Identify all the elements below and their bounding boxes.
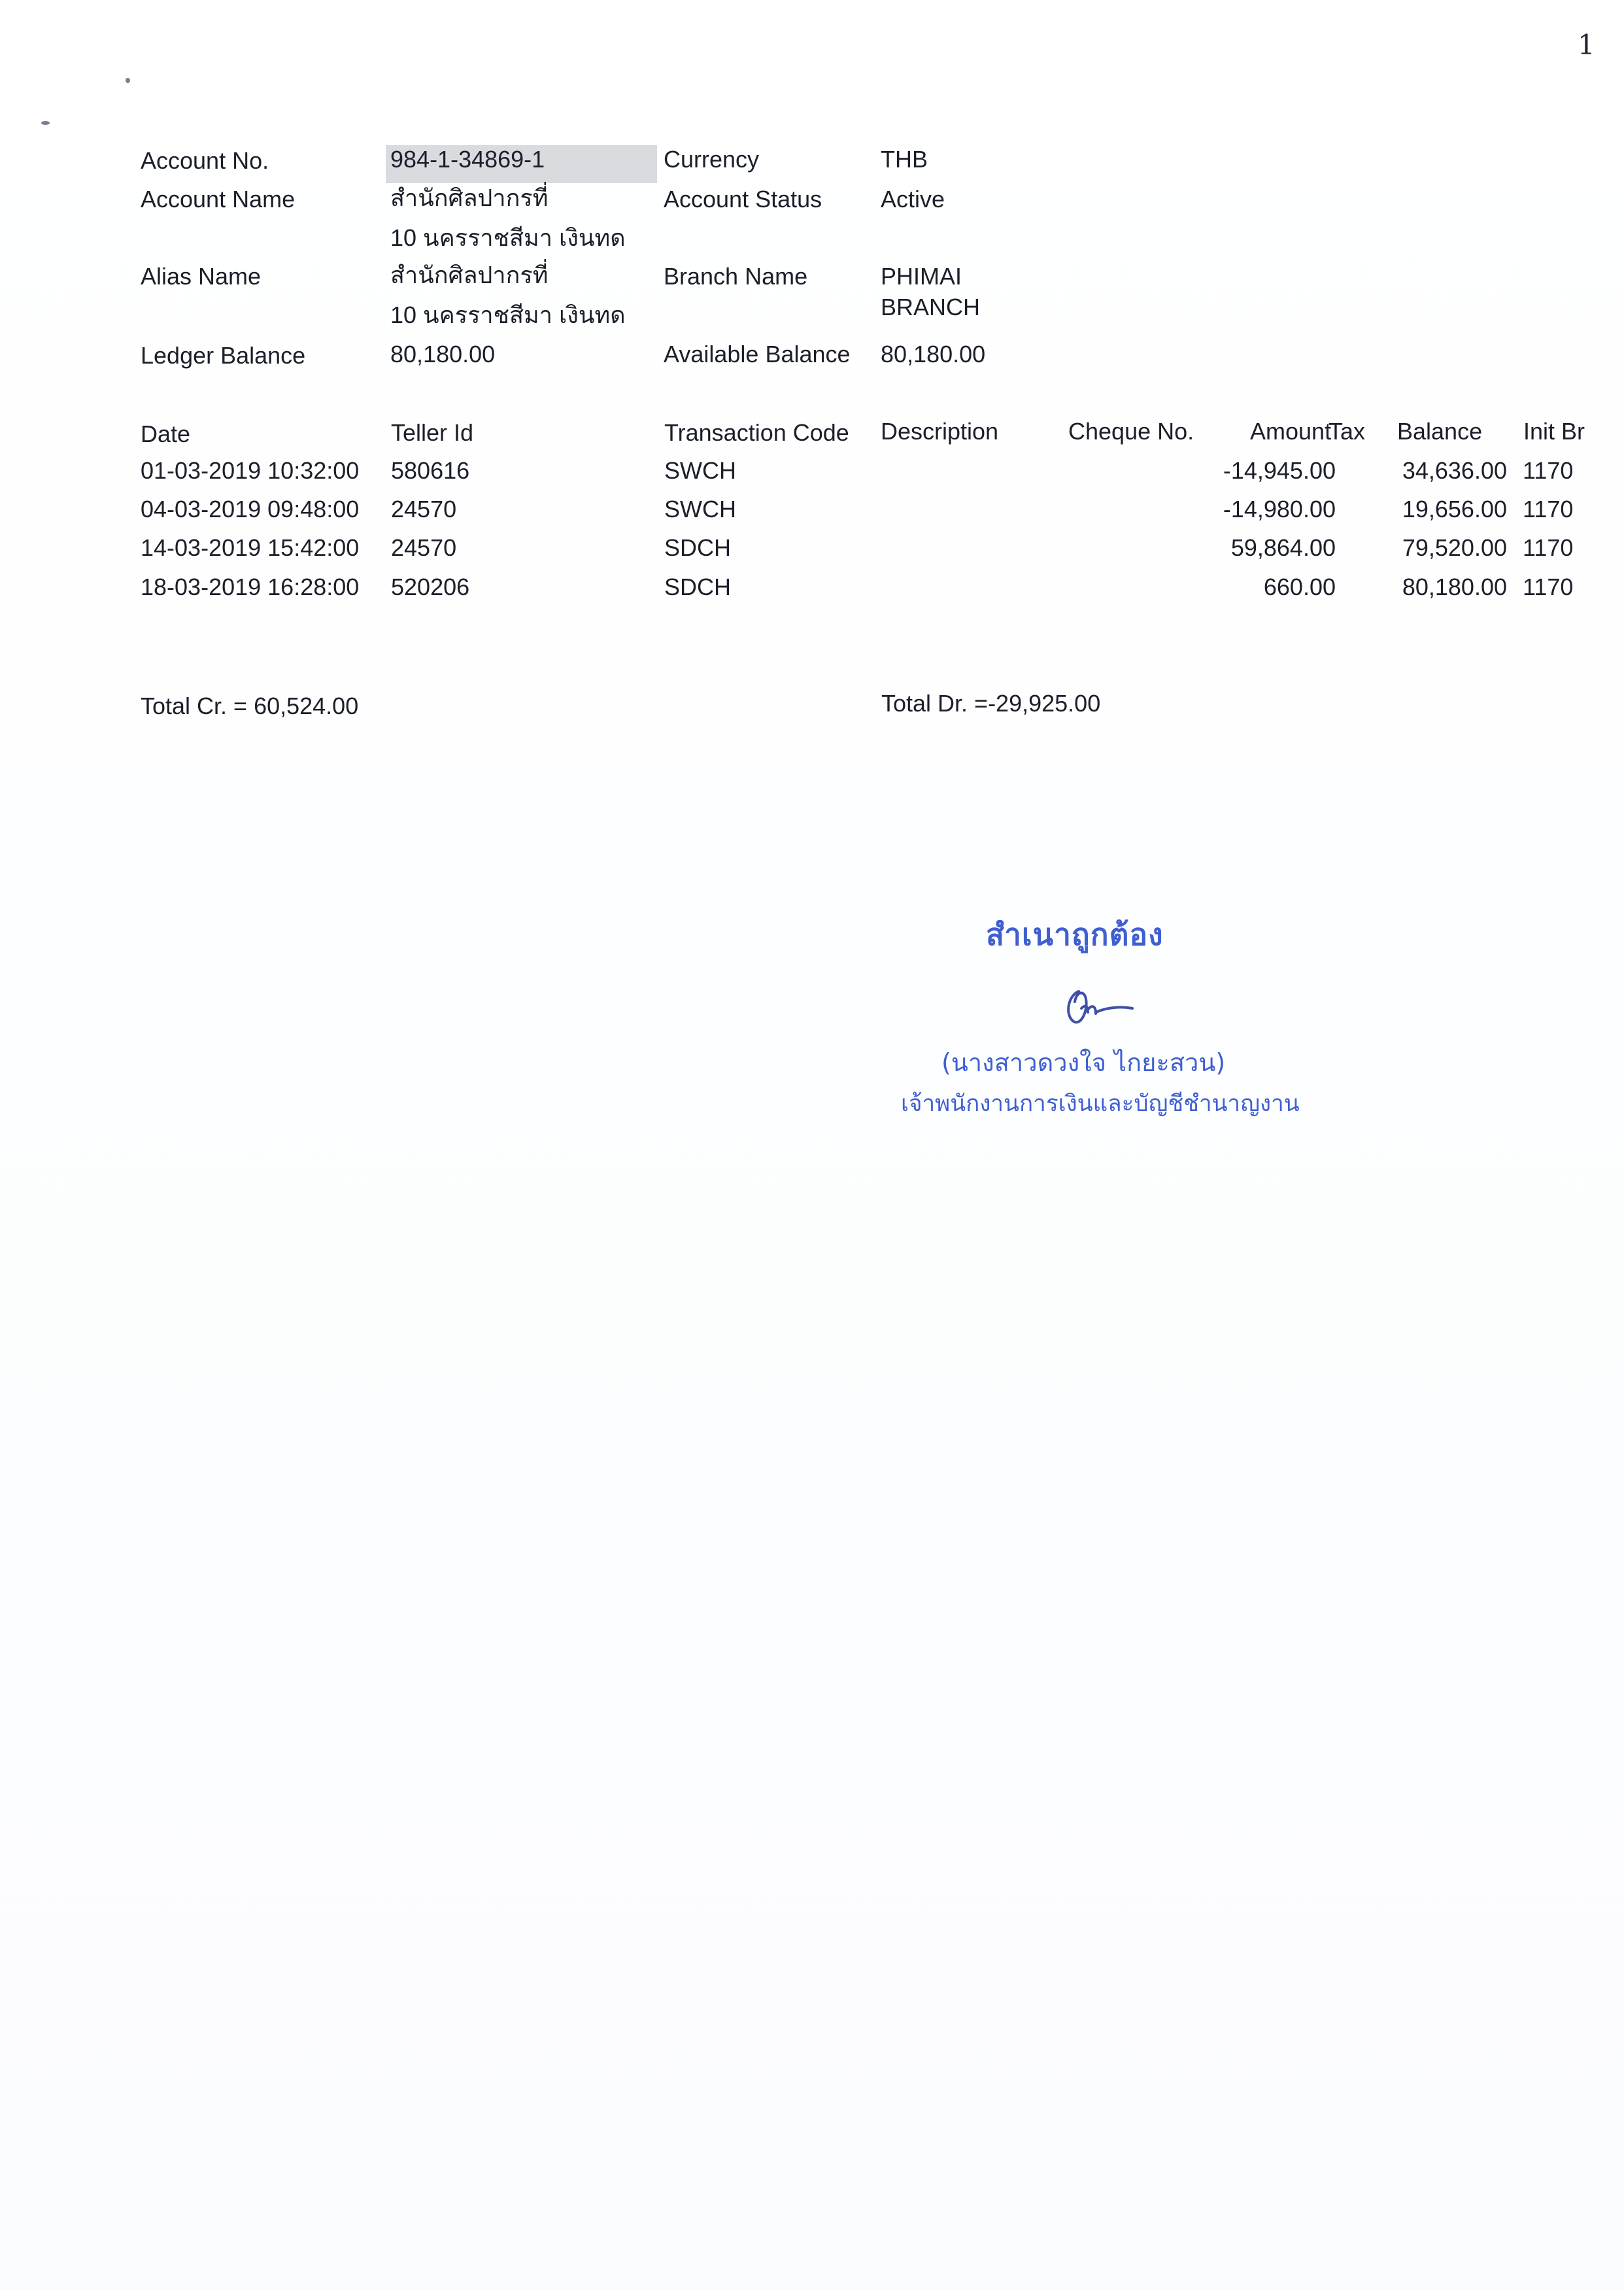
cell-date: 18-03-2019 16:28:00 — [141, 573, 359, 601]
account-name-label: Account Name — [141, 185, 295, 213]
header-transaction-code: Transaction Code — [664, 419, 849, 447]
cell-teller-id: 520206 — [391, 573, 469, 601]
cell-teller-id: 24570 — [391, 495, 456, 523]
scan-speck — [41, 121, 50, 125]
account-status-value: Active — [881, 185, 945, 213]
branch-name-line1: PHIMAI — [881, 262, 962, 290]
cell-balance: 19,656.00 — [1402, 495, 1507, 523]
total-credit: Total Cr. = 60,524.00 — [141, 692, 358, 720]
alias-name-line1: สำนักศิลปากรที่ — [390, 261, 548, 289]
cell-date: 01-03-2019 10:32:00 — [141, 456, 359, 485]
header-balance: Balance — [1397, 417, 1482, 445]
cell-date: 04-03-2019 09:48:00 — [141, 495, 359, 523]
ledger-balance-label: Ledger Balance — [141, 341, 305, 369]
branch-name-line2: BRANCH — [881, 293, 980, 321]
account-status-label: Account Status — [664, 185, 822, 213]
available-balance-label: Available Balance — [664, 340, 851, 368]
cell-balance: 34,636.00 — [1402, 456, 1507, 485]
cell-init-br: 1170 — [1523, 573, 1573, 601]
cell-init-br: 1170 — [1523, 456, 1573, 485]
header-teller-id: Teller Id — [391, 419, 473, 447]
cell-amount: -14,945.00 — [1223, 456, 1336, 485]
total-debit: Total Dr. =-29,925.00 — [881, 689, 1100, 717]
account-no-value: 984-1-34869-1 — [390, 145, 545, 173]
cell-teller-id: 580616 — [391, 456, 469, 485]
cell-amount: -14,980.00 — [1223, 495, 1336, 523]
cell-balance: 79,520.00 — [1402, 534, 1507, 562]
cell-amount: 660.00 — [1264, 573, 1336, 601]
branch-name-label: Branch Name — [664, 262, 807, 290]
header-description: Description — [881, 417, 998, 445]
header-tax: Tax — [1328, 417, 1365, 445]
currency-label: Currency — [664, 145, 759, 173]
header-date: Date — [141, 420, 190, 448]
cell-transaction-code: SWCH — [664, 456, 736, 485]
header-amount: Amount — [1250, 417, 1331, 445]
cell-transaction-code: SDCH — [664, 573, 731, 601]
alias-name-label: Alias Name — [141, 262, 261, 290]
ledger-balance-value: 80,180.00 — [390, 340, 495, 368]
stamp-signer-position: เจ้าพนักงานการเงินและบัญชีชำนาญงาน — [901, 1085, 1300, 1121]
available-balance-value: 80,180.00 — [881, 340, 985, 368]
account-name-line2: 10 นครราชสีมา เงินทด — [390, 224, 626, 252]
alias-name-line2: 10 นครราชสีมา เงินทด — [390, 301, 626, 329]
cell-transaction-code: SDCH — [664, 534, 731, 562]
header-cheque-no: Cheque No. — [1068, 417, 1194, 445]
cell-amount: 59,864.00 — [1231, 534, 1336, 562]
signature-icon — [1059, 986, 1138, 1032]
account-no-label: Account No. — [141, 146, 269, 175]
stamp-title: สำเนาถูกต้อง — [986, 911, 1164, 959]
header-init-br: Init Br — [1523, 417, 1585, 445]
cell-teller-id: 24570 — [391, 534, 456, 562]
cell-init-br: 1170 — [1523, 495, 1573, 523]
cell-date: 14-03-2019 15:42:00 — [141, 534, 359, 562]
cell-balance: 80,180.00 — [1402, 573, 1507, 601]
stamp-signer-name: (นางสาวดวงใจ ไกยะสวน) — [941, 1042, 1225, 1082]
account-name-line1: สำนักศิลปากรที่ — [390, 184, 548, 212]
cell-transaction-code: SWCH — [664, 495, 736, 523]
cell-init-br: 1170 — [1523, 534, 1573, 562]
currency-value: THB — [881, 145, 928, 173]
page-number: 1 — [1578, 29, 1595, 61]
scan-speck — [126, 78, 130, 83]
